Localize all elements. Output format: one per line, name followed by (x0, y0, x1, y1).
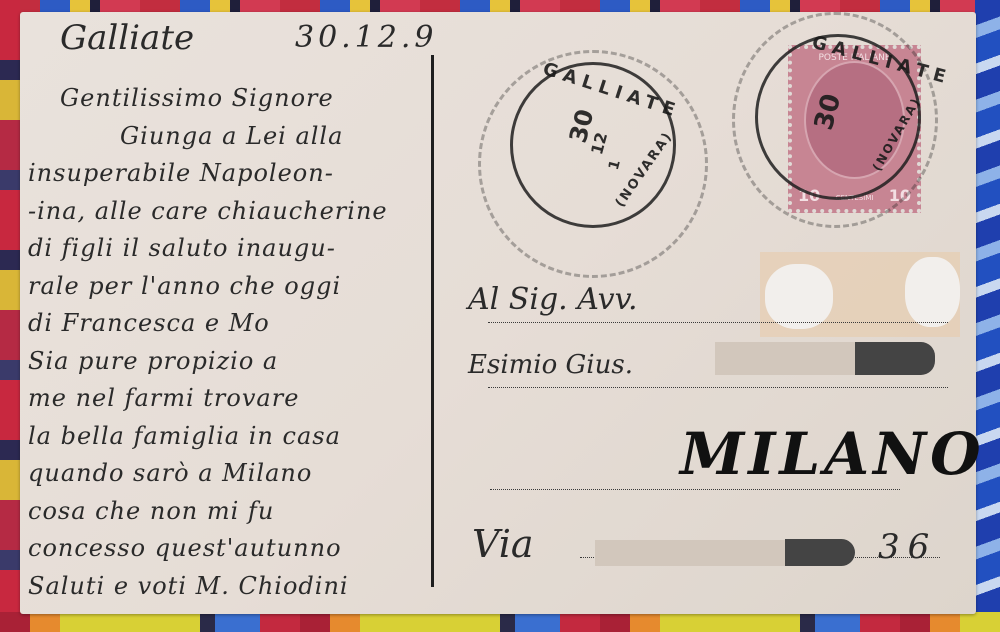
redaction-block (595, 540, 785, 566)
message-place: Galliate (60, 18, 194, 58)
address-street-number: 36 (878, 527, 937, 567)
address-line-2: Esimio Gius. (468, 350, 633, 380)
message-line: la bella famiglia in casa (28, 422, 341, 450)
message-line: di Francesca e Mo (28, 309, 270, 337)
message-line: Saluti e voti M. Chiodini (28, 572, 349, 600)
address-city: MILANO (680, 420, 985, 488)
message-line: rale per l'anno che oggi (28, 272, 341, 300)
center-divider-line (431, 55, 434, 587)
background-fabric-left (0, 0, 20, 632)
message-line: -ina, alle care chiaucherine (28, 197, 388, 225)
background-fabric-right (975, 0, 1000, 632)
message-line: quando sarò a Milano (28, 459, 312, 487)
message-line: concesso quest'autunno (28, 534, 342, 562)
redaction-block (715, 342, 855, 375)
message-line: Gentilissimo Signore (60, 84, 334, 112)
message-line: insuperabile Napoleon- (28, 159, 334, 187)
message-line: Giunga a Lei alla (120, 122, 343, 150)
redaction-block (855, 342, 935, 375)
paper-damage-patch (905, 257, 960, 327)
message-line: me nel farmi trovare (28, 384, 299, 412)
redaction-block (785, 539, 855, 566)
postcard: Galliate 30.12.9 Gentilissimo SignoreGiu… (20, 12, 976, 614)
background-fabric-bottom (0, 612, 1000, 632)
address-line-1: Al Sig. Avv. (468, 282, 638, 317)
message-line: Sia pure propizio a (28, 347, 278, 375)
paper-damage-patch (765, 264, 833, 329)
message-date: 30.12.9 (295, 20, 438, 55)
address-street-prefix: Via (472, 522, 534, 566)
message-line: di figli il saluto inaugu- (28, 234, 336, 262)
message-line: cosa che non mi fu (28, 497, 274, 525)
